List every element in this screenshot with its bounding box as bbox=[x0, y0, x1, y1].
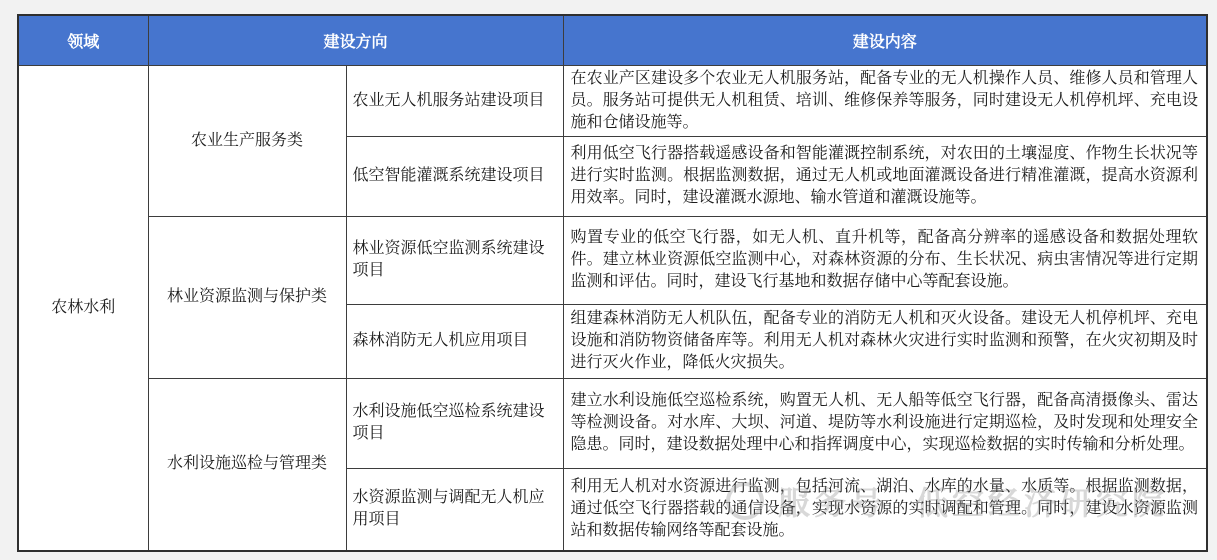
category-cell-agriculture: 农业生产服务类 bbox=[148, 65, 346, 216]
category-cell-forestry: 林业资源监测与保护类 bbox=[148, 216, 346, 378]
table-row: 水利设施巡检与管理类 水利设施低空巡检系统建设项目 建立水利设施低空巡检系统，购… bbox=[18, 378, 1207, 468]
domain-cell: 农林水利 bbox=[18, 65, 148, 551]
project-name-cell: 森林消防无人机应用项目 bbox=[346, 304, 563, 378]
project-desc-cell: 建立水利设施低空巡检系统，购置无人机、无人船等低空飞行器，配备高清摄像头、雷达等… bbox=[563, 378, 1207, 468]
project-desc-cell: 组建森林消防无人机队伍，配备专业的消防无人机和灭火设备。建设无人机停机坪、充电设… bbox=[563, 304, 1207, 378]
table-row: 林业资源监测与保护类 林业资源低空监测系统建设项目 购置专业的低空飞行器，如无人… bbox=[18, 216, 1207, 304]
project-desc-cell: 购置专业的低空飞行器，如无人机、直升机等，配备高分辨率的遥感设备和数据处理软件。… bbox=[563, 216, 1207, 304]
header-direction: 建设方向 bbox=[148, 15, 563, 65]
project-desc-cell: 利用低空飞行器搭载遥感设备和智能灌溉控制系统，对农田的土壤湿度、作物生长状况等进… bbox=[563, 136, 1207, 216]
table-header-row: 领域 建设方向 建设内容 bbox=[18, 15, 1207, 65]
project-name-cell: 水资源监测与调配无人机应用项目 bbox=[346, 468, 563, 551]
header-content: 建设内容 bbox=[563, 15, 1207, 65]
projects-table: 领域 建设方向 建设内容 农林水利 农业生产服务类 农业无人机服务站建设项目 在… bbox=[17, 14, 1208, 552]
project-name-cell: 农业无人机服务站建设项目 bbox=[346, 65, 563, 136]
project-name-cell: 水利设施低空巡检系统建设项目 bbox=[346, 378, 563, 468]
project-desc-cell: 在农业产区建设多个农业无人机服务站，配备专业的无人机操作人员、维修人员和管理人员… bbox=[563, 65, 1207, 136]
project-desc-cell: 利用无人机对水资源进行监测，包括河流、湖泊、水库的水量、水质等。根据监测数据，通… bbox=[563, 468, 1207, 551]
header-domain: 领域 bbox=[18, 15, 148, 65]
project-name-cell: 低空智能灌溉系统建设项目 bbox=[346, 136, 563, 216]
category-cell-water: 水利设施巡检与管理类 bbox=[148, 378, 346, 551]
project-name-cell: 林业资源低空监测系统建设项目 bbox=[346, 216, 563, 304]
table-row: 农林水利 农业生产服务类 农业无人机服务站建设项目 在农业产区建设多个农业无人机… bbox=[18, 65, 1207, 136]
